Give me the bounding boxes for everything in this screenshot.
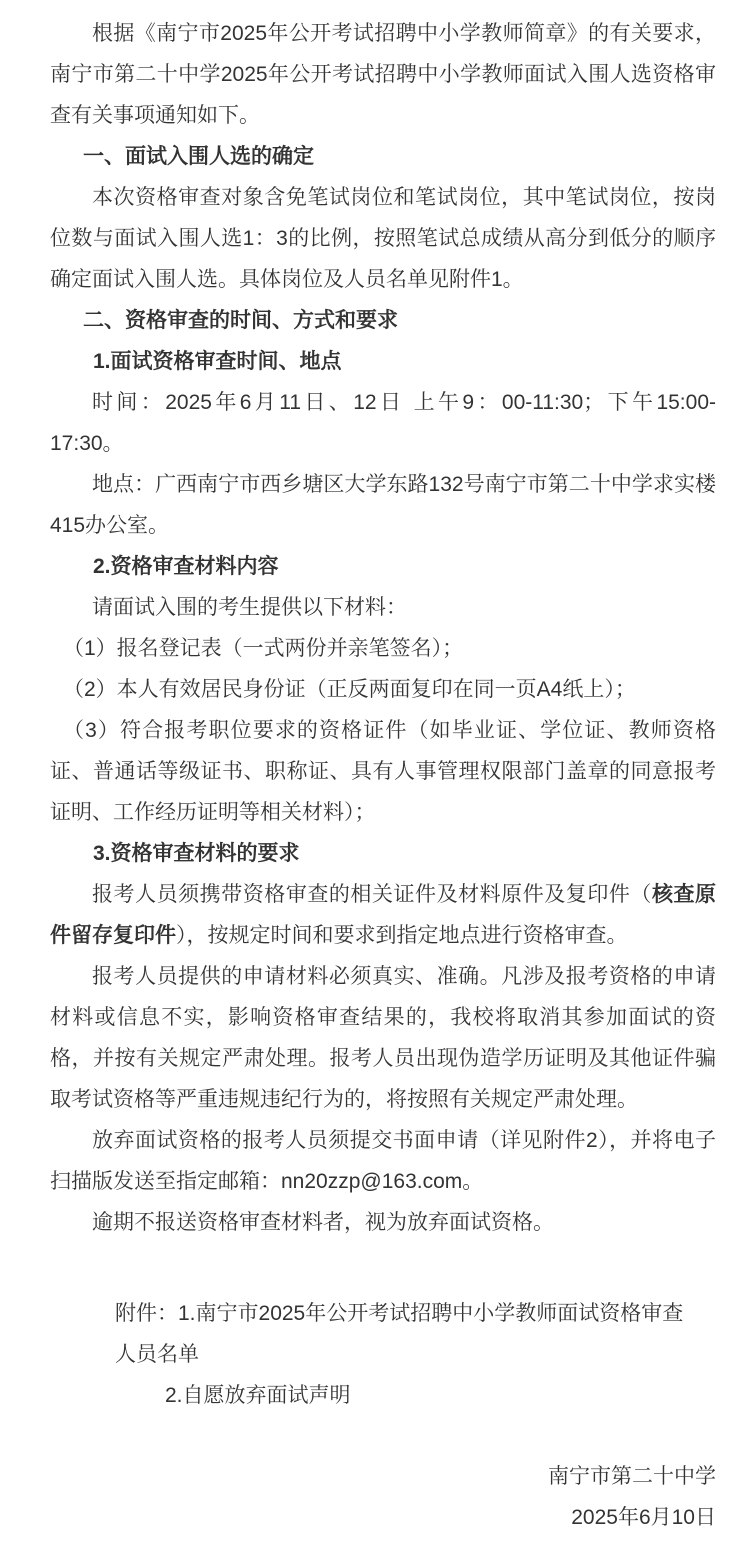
material-item-1: （1）报名登记表（一式两份并亲笔签名）； bbox=[50, 628, 716, 669]
requirement-paragraph: 报考人员须携带资格审查的相关证件及材料原件及复印件（核查原件留存复印件），按规定… bbox=[50, 874, 716, 956]
section-heading-1: 一、面试入围人选的确定 bbox=[50, 136, 716, 177]
material-item-2: （2）本人有效居民身份证（正反两面复印在同一页A4纸上）； bbox=[50, 669, 716, 710]
requirement-text-suffix: ），按规定时间和要求到指定地点进行资格审查。 bbox=[176, 924, 628, 947]
notice-document: 根据《南宁市2025年公开考试招聘中小学教师简章》的有关要求，南宁市第二十中学2… bbox=[0, 0, 746, 1546]
subsection-heading-1: 1.面试资格审查时间、地点 bbox=[50, 341, 716, 382]
place-paragraph: 地点：广西南宁市西乡塘区大学东路132号南宁市第二十中学求实楼415办公室。 bbox=[50, 464, 716, 546]
signature-org: 南宁市第二十中学 bbox=[50, 1456, 716, 1497]
signature-date: 2025年6月10日 bbox=[50, 1497, 716, 1538]
waive-paragraph: 放弃面试资格的报考人员须提交书面申请（详见附件2），并将电子扫描版发送至指定邮箱… bbox=[50, 1120, 716, 1202]
section-heading-2: 二、资格审查的时间、方式和要求 bbox=[50, 300, 716, 341]
scope-paragraph: 本次资格审查对象含免笔试岗位和笔试岗位，其中笔试岗位，按岗位数与面试入围人选1：… bbox=[50, 177, 716, 300]
attachments-block: 附件：1.南宁市2025年公开考试招聘中小学教师面试资格审查 人员名单 2.自愿… bbox=[50, 1293, 716, 1416]
signature-block: 南宁市第二十中学 2025年6月10日 bbox=[50, 1456, 716, 1538]
time-paragraph: 时间：2025年6月11日、12日 上午9：00-11:30；下午15:00-1… bbox=[50, 382, 716, 464]
intro-paragraph: 根据《南宁市2025年公开考试招聘中小学教师简章》的有关要求，南宁市第二十中学2… bbox=[50, 13, 716, 136]
attachment-line-3: 2.自愿放弃面试声明 bbox=[50, 1375, 716, 1416]
subsection-heading-2: 2.资格审查材料内容 bbox=[50, 546, 716, 587]
attachment-line-2: 人员名单 bbox=[50, 1334, 716, 1375]
attachment-line-1: 附件：1.南宁市2025年公开考试招聘中小学教师面试资格审查 bbox=[50, 1293, 716, 1334]
material-item-3: （3）符合报考职位要求的资格证件（如毕业证、学位证、教师资格证、普通话等级证书、… bbox=[50, 710, 716, 833]
truthfulness-paragraph: 报考人员提供的申请材料必须真实、准确。凡涉及报考资格的申请材料或信息不实，影响资… bbox=[50, 956, 716, 1120]
materials-intro-paragraph: 请面试入围的考生提供以下材料： bbox=[50, 587, 716, 628]
overdue-paragraph: 逾期不报送资格审查材料者，视为放弃面试资格。 bbox=[50, 1202, 716, 1243]
subsection-heading-3: 3.资格审查材料的要求 bbox=[50, 833, 716, 874]
requirement-text-prefix: 报考人员须携带资格审查的相关证件及材料原件及复印件（ bbox=[92, 883, 652, 906]
